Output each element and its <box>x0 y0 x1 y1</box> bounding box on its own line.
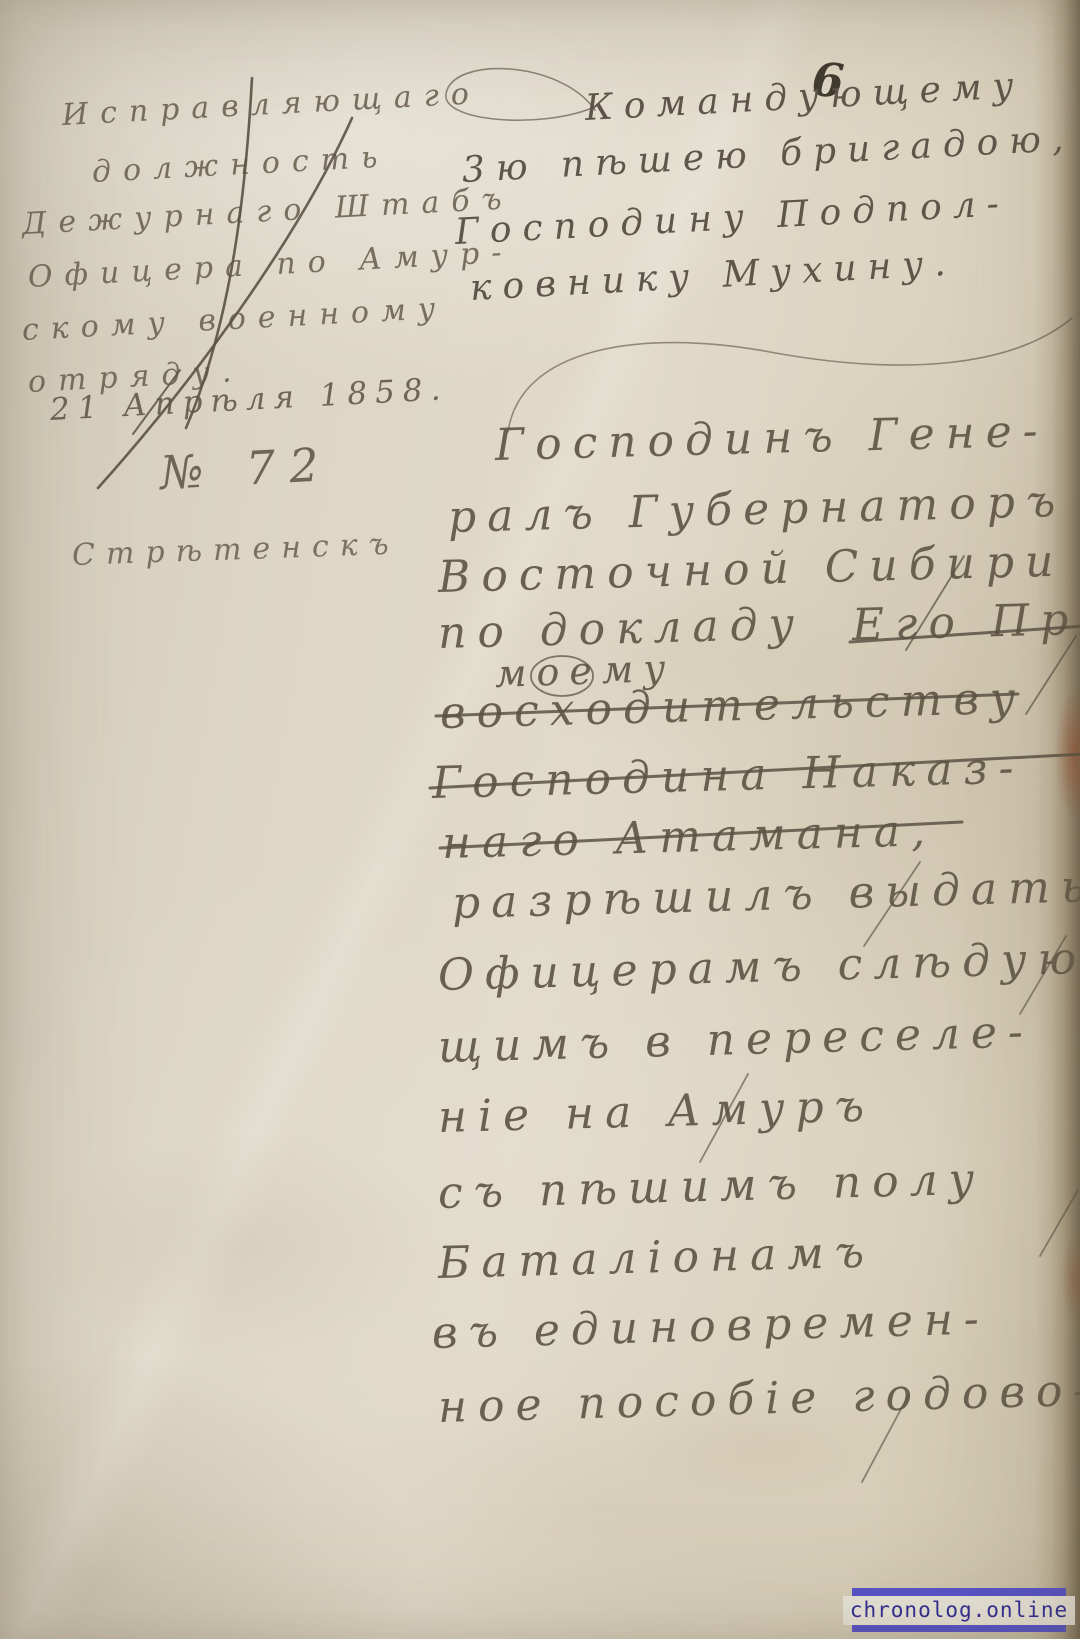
body-line: ное пособіе годово- <box>437 1365 1080 1433</box>
address-line: Командующему <box>584 65 1026 129</box>
margin-note-line: скому военному <box>21 291 448 348</box>
body-line: разрѣшилъ выдать <box>451 861 1080 929</box>
body-line: ніе на Амуръ <box>437 1081 875 1143</box>
document-number: № 72 <box>159 437 334 500</box>
body-line: въ единовремен- <box>431 1293 990 1359</box>
body-line: Офицерамъ слѣдую- <box>437 932 1080 1001</box>
margin-note-line: Дежурнаго Штабъ <box>21 181 514 242</box>
manuscript-page: 6 Исправляющаго должность Дежурнаго Штаб… <box>0 0 1080 1639</box>
place-name: Стрѣтенскъ <box>71 527 400 573</box>
body-line: Восточной Сибири <box>437 536 1065 603</box>
margin-note-line: Офицера по Амур- <box>27 235 514 295</box>
body-line-struck: Господина Наказ- <box>431 742 1025 808</box>
body-line-struck: наго Атамана, <box>441 805 936 869</box>
body-line: щимъ в переселе- <box>437 1006 1034 1073</box>
body-line: ралъ Губернаторъ <box>447 476 1066 543</box>
address-line: ковнику Мухину. <box>469 243 958 309</box>
address-line: Господину Подпол- <box>454 183 1011 253</box>
body-line-struck: Его Пре- <box>851 592 1080 651</box>
margin-note-line: должность <box>91 139 390 190</box>
address-line: 3ю пѣшею бригадою, <box>461 118 1075 191</box>
margin-note-line: Исправляющаго <box>61 76 482 133</box>
body-line: Баталіонамъ <box>437 1227 875 1289</box>
body-line: Господинъ Гене- <box>494 406 1049 471</box>
body-line: съ пѣшимъ полу <box>437 1154 985 1219</box>
watermark-badge: chronolog.online <box>852 1588 1066 1632</box>
watermark-text: chronolog.online <box>843 1596 1075 1625</box>
